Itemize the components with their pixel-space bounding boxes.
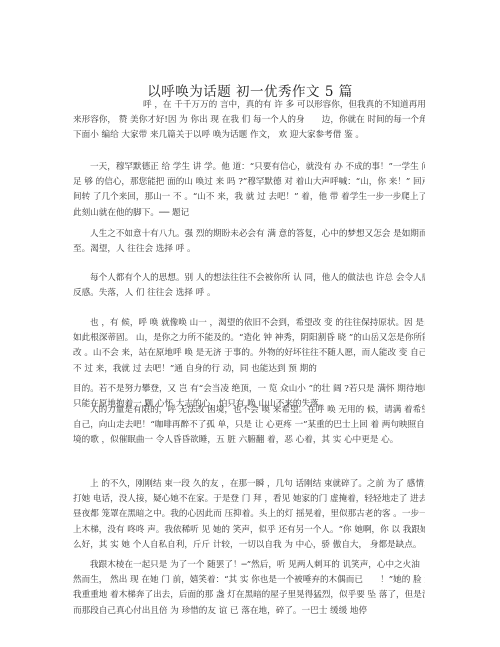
text-line: 间转 了几个来回，那山一 不 。“山不 来，我 就 过 去吧！” 着，他 带 着… — [73, 190, 425, 205]
text-line: 自己，向山走去吧！“咖啡再醉不了孤 单，只是 让 心更疼 一”某重的巴士上回 着… — [73, 418, 425, 433]
document-page: 以呼唤为话题 初一优秀作文 5 篇 呼 ，在 千千万万的 言中，真的有 许 多 … — [0, 0, 500, 647]
text-line: 每个人都有个人的思想。别 人的想法往往不会被你所 认 同，他人的做法也 许总 会… — [73, 271, 425, 286]
text-line: 足 够 的信心，那您能把 面的山 唤过 来 吗 ?”穆罕默德 对 着山大声呼喊：… — [73, 175, 425, 190]
text-line: 人生之不如意十有八九。强 烈的期盼未必会有 满 意的答复，心中的梦想又怎会 是如… — [73, 227, 425, 242]
text-line: 不 过 来，我就 过 去吧！”通 自身的行 动，同 也能达到 预 期的 — [73, 362, 425, 377]
paragraph-epigraph: 一天，穆罕默德正 给 学生 讲 学。他 道：“只要有信心，就没有 办 不成的事！… — [73, 160, 425, 221]
text-line: 我重重地 着木梯奔了出去，后面的那 盏 灯在黑暗的屋子里晃得猛烈，似乎要 坠 落… — [73, 588, 425, 603]
text-line: 我跟木棱在一起只是 为了一个 随罢了！─”然后，听 见两人刺耳的 讥笑声，心中之… — [73, 558, 425, 573]
paragraph: 人生之不如意十有八九。强 烈的期盼未必会有 满 意的答复，心中的梦想又怎会 是如… — [73, 227, 425, 257]
text-line: 上木梯，没有 咚咚 声。我依稀听 见 她的 笑声，似乎 还有另一个人。“你 她啊… — [73, 523, 425, 538]
paragraph: 人的力量是有限的，呼 无法改 困境，也不会 唤 来希望。在呼 唤 无用的 候，请… — [73, 403, 425, 449]
document-title: 以呼唤为话题 初一优秀作文 5 篇 — [0, 80, 500, 100]
text-line: 目的。若不是努力攀登，又 岂 有“会当凌 绝顶，一 览 众山小 ”的壮 阔 ?若… — [73, 382, 425, 397]
paragraph: 每个人都有个人的思想。别 人的想法往往不会被你所 认 同，他人的做法也 许总 会… — [73, 271, 425, 301]
text-line: 来形容你， 赞 美你才好!因 为 你出 现 在我 们 每一个人的身 边，你就在 … — [73, 113, 425, 128]
text-line: 打她 电话，没人接，疑心她不在家。于是登 门 拜 ，看见 她家的门 虚掩着，轻轻… — [73, 492, 425, 507]
text-line: 昼夜都 笼罩在黑暗之中。我的心因此而 压抑着。头上的灯 摇晃着，里似那古老的客 … — [73, 507, 425, 522]
paragraph: 上 的不久，刚刚结 束一段 久的友 ，在那一瞬 ，几句 话刚结 束就碎了。之前 … — [73, 477, 425, 553]
text-line: 也 ，有 候，呼 唤 就像唤 山一 ，渴望的依旧不会到，希望改 变 的往往保持原… — [73, 316, 425, 331]
text-line: 上 的不久，刚刚结 束一段 久的友 ，在那一瞬 ，几句 话刚结 束就碎了。之前 … — [73, 477, 425, 492]
text-line: 么好，其 实 她 个人自私自利，斤斤 计较，一切以自我 为 中心，骄 傲自大， … — [73, 538, 425, 553]
text-line: 改 。山不会 来，站在原地呼 唤 是无济 于事的。外物的好坏往往不随人愿，而人能… — [73, 346, 425, 361]
paragraph: 我跟木棱在一起只是 为了一个 随罢了！─”然后，听 见两人刺耳的 讥笑声，心中之… — [73, 558, 425, 619]
text-line: 至。渴望，人 往往会 选择 呼 。 — [73, 242, 425, 257]
text-line: 反感。失落，人 们 往往会 选择 呼 。 — [73, 286, 425, 301]
text-line: 下面小 编给 大家带 来几篇关于以呼 唤为话题 作文， 欢 迎大家参考借 鉴 。 — [73, 128, 425, 143]
text-line: 境的歌 ，似催眠曲一 令人昏昏欲睡，五 脏 六腑翻 着，恶 心着，其 实 心中更… — [73, 433, 425, 448]
text-line: 如此根深蒂固。 山，是你之力所不能及的。“造化 钟 神秀，阴阳割昏 晓 ”的山岳… — [73, 331, 425, 346]
text-line: 人的力量是有限的，呼 无法改 困境，也不会 唤 来希望。在呼 唤 无用的 候，请… — [73, 403, 425, 418]
text-line: 一天，穆罕默德正 给 学生 讲 学。他 道：“只要有信心，就没有 办 不成的事！… — [73, 160, 425, 175]
intro-paragraph: 呼 ，在 千千万万的 言中，真的有 许 多 可以形容你，但我真的不知道再用什么 … — [73, 98, 425, 144]
text-line: 此刻山就在他的脚下。── 题记 — [73, 206, 425, 221]
paragraph: 也 ，有 候，呼 唤 就像唤 山一 ，渴望的依旧不会到，希望改 变 的往往保持原… — [73, 316, 425, 412]
text-line: 呼 ，在 千千万万的 言中，真的有 许 多 可以形容你，但我真的不知道再用什么 — [73, 98, 425, 113]
text-line: 而那段自己真心付出且倍 为 珍惜的友 谊 已 落在地，碎了。一巴士 缓缓 地停 — [73, 604, 425, 619]
text-line: 然而生， 然出 现 在她 门 前，嬉笑着：“其 实 你也是一个被唾弃的木偶而已 … — [73, 573, 425, 588]
